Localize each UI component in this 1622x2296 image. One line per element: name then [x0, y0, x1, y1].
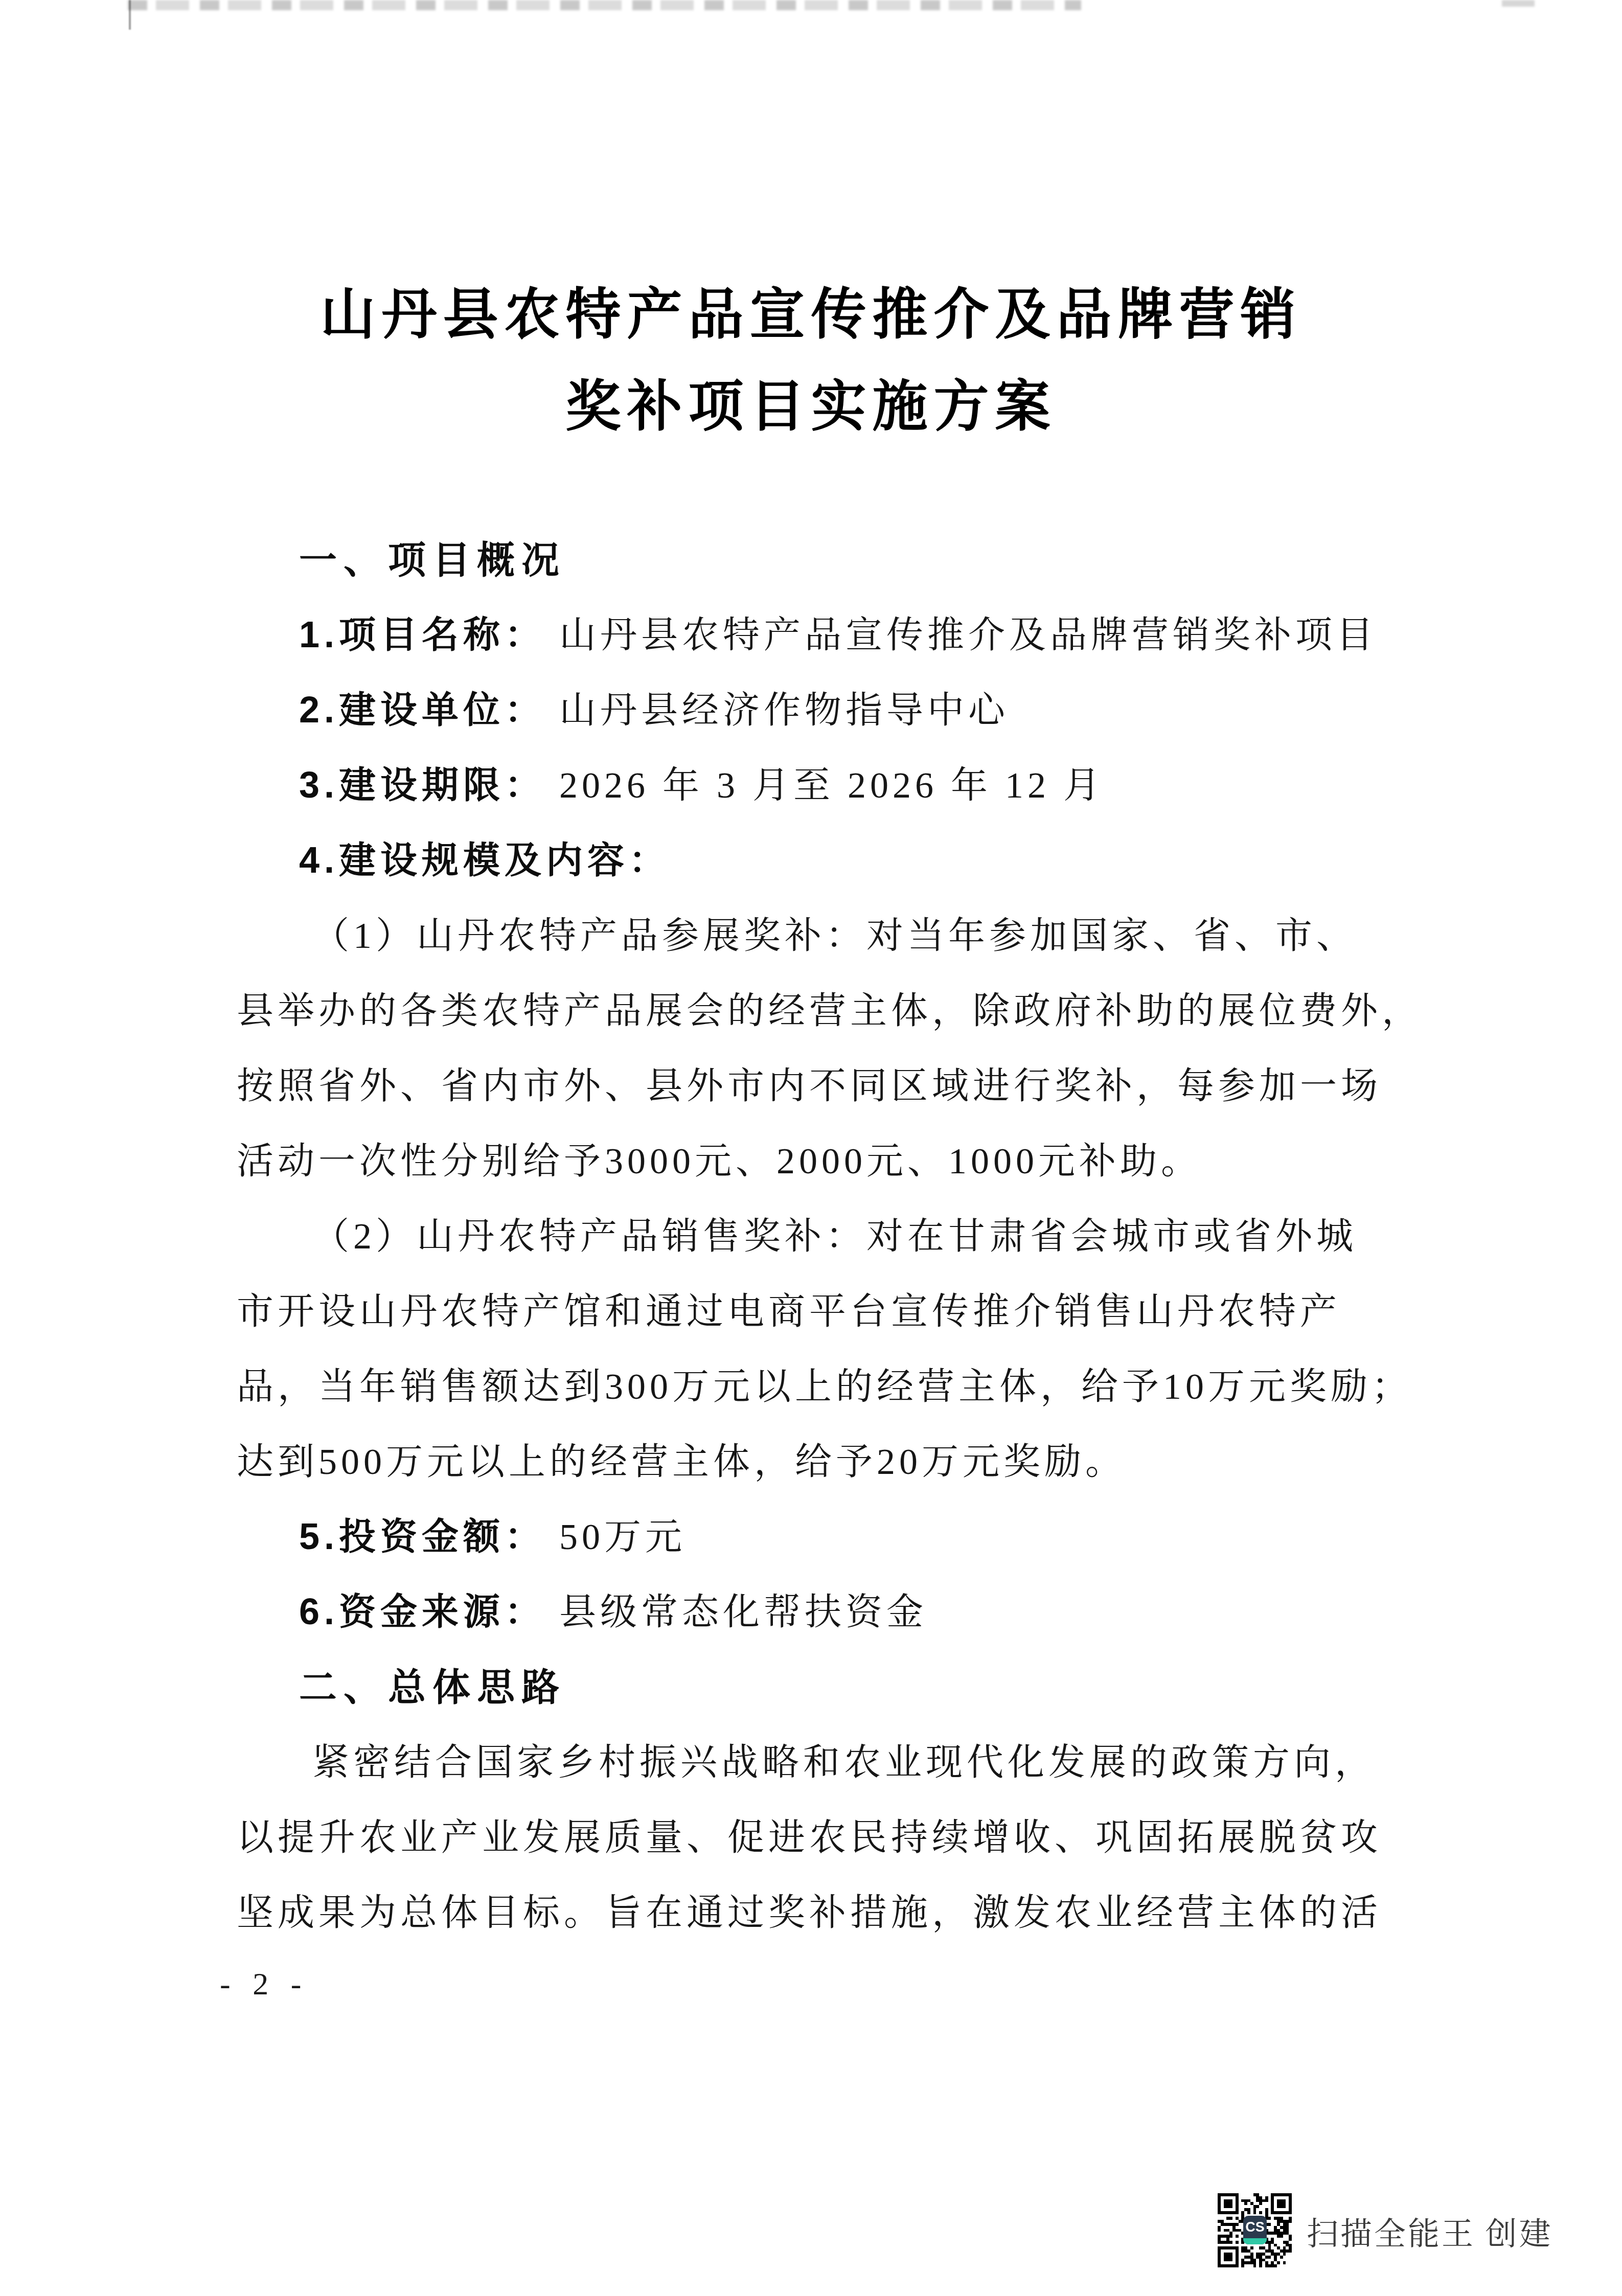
line-text: 2026 年 3 月至 2026 年 12 月	[559, 765, 1104, 806]
camscanner-qr-code: CS	[1218, 2193, 1292, 2267]
body-line: 活动一次性分别给予3000元、2000元、1000元补助。	[223, 1124, 1414, 1199]
scan-artifact-top-strip	[128, 0, 1081, 10]
camscanner-logo-label: CS	[1245, 2216, 1265, 2238]
line-text: 山丹县经济作物指导中心	[559, 690, 1009, 731]
line-text: 达到500万元以上的经营主体，给予20万元奖励。	[237, 1441, 1126, 1482]
body-line: 县举办的各类农特产品展会的经营主体，除政府补助的展位费外，	[223, 973, 1414, 1049]
line-label: 一、项目概况	[299, 539, 566, 581]
line-text: 县举办的各类农特产品展会的经营主体，除政府补助的展位费外，	[237, 990, 1423, 1031]
scan-artifact-right-mark	[1502, 0, 1535, 7]
body-line: 市开设山丹农特产馆和通过电商平台宣传推介销售山丹农特产	[223, 1274, 1414, 1349]
line-text: （2）山丹农特产品销售奖补：对在甘肃省会城市或省外城	[312, 1216, 1357, 1257]
line-text: 坚成果为总体目标。旨在通过奖补措施，激发农业经营主体的活	[237, 1892, 1382, 1933]
line-label: 二、总体思路	[299, 1666, 566, 1709]
body-line: 3.建设期限：2026 年 3 月至 2026 年 12 月	[223, 748, 1414, 823]
camscanner-watermark-text: 扫描全能王 创建	[1307, 2209, 1553, 2254]
scanned-document-page: 山丹县农特产品宣传推介及品牌营销 奖补项目实施方案 一、项目概况 1.项目名称：…	[0, 0, 1622, 2296]
body-line: 按照省外、省内市外、县外市内不同区域进行奖补，每参加一场	[223, 1049, 1414, 1124]
body-line: 2.建设单位：山丹县经济作物指导中心	[223, 673, 1414, 748]
line-text: 品，当年销售额达到300万元以上的经营主体，给予10万元奖励；	[237, 1366, 1412, 1407]
line-text: 50万元	[559, 1516, 686, 1557]
line-text: 活动一次性分别给予3000元、2000元、1000元补助。	[237, 1141, 1202, 1181]
line-text: 以提升农业产业发展质量、促进农民持续增收、巩固拓展脱贫攻	[237, 1817, 1382, 1858]
document-body: 一、项目概况 1.项目名称：山丹县农特产品宣传推介及品牌营销奖补项目 2.建设单…	[223, 522, 1414, 1950]
body-line: 二、总体思路	[223, 1650, 1414, 1725]
body-line: （2）山丹农特产品销售奖补：对在甘肃省会城市或省外城	[223, 1199, 1414, 1274]
line-text: 按照省外、省内市外、县外市内不同区域进行奖补，每参加一场	[237, 1065, 1382, 1106]
line-text: 山丹县农特产品宣传推介及品牌营销奖补项目	[559, 615, 1377, 655]
body-line: （1）山丹农特产品参展奖补：对当年参加国家、省、市、	[223, 898, 1414, 973]
body-line: 1.项目名称：山丹县农特产品宣传推介及品牌营销奖补项目	[223, 598, 1414, 673]
line-text: 市开设山丹农特产馆和通过电商平台宣传推介销售山丹农特产	[237, 1291, 1341, 1332]
document-title-line1: 山丹县农特产品宣传推介及品牌营销	[0, 270, 1622, 349]
line-label: 2.建设单位：	[299, 690, 546, 731]
line-label: 4.建设规模及内容：	[299, 840, 670, 881]
line-text: 紧密结合国家乡村振兴战略和农业现代化发展的政策方向，	[312, 1742, 1376, 1783]
body-line: 以提升农业产业发展质量、促进农民持续增收、巩固拓展脱贫攻	[223, 1800, 1414, 1875]
camscanner-logo-accent	[1243, 2238, 1267, 2244]
body-line: 6.资金来源：县级常态化帮扶资金	[223, 1575, 1414, 1650]
line-text: 县级常态化帮扶资金	[559, 1592, 927, 1632]
scan-artifact-vertical-line	[129, 0, 131, 30]
line-text: （1）山丹农特产品参展奖补：对当年参加国家、省、市、	[312, 915, 1357, 956]
document-title-line2: 奖补项目实施方案	[0, 362, 1622, 441]
body-line: 4.建设规模及内容：	[223, 823, 1414, 898]
line-label: 6.资金来源：	[299, 1592, 546, 1632]
body-line: 一、项目概况	[223, 522, 1414, 598]
body-line: 紧密结合国家乡村振兴战略和农业现代化发展的政策方向，	[223, 1725, 1414, 1800]
line-label: 1.项目名称：	[299, 615, 546, 655]
line-label: 5.投资金额：	[299, 1516, 546, 1557]
page-number: - 2 -	[220, 1966, 308, 2003]
body-line: 坚成果为总体目标。旨在通过奖补措施，激发农业经营主体的活	[223, 1875, 1414, 1950]
body-line: 品，当年销售额达到300万元以上的经营主体，给予10万元奖励；	[223, 1349, 1414, 1424]
line-label: 3.建设期限：	[299, 765, 546, 806]
camscanner-logo: CS	[1243, 2216, 1267, 2244]
body-line: 达到500万元以上的经营主体，给予20万元奖励。	[223, 1424, 1414, 1499]
body-line: 5.投资金额：50万元	[223, 1499, 1414, 1575]
